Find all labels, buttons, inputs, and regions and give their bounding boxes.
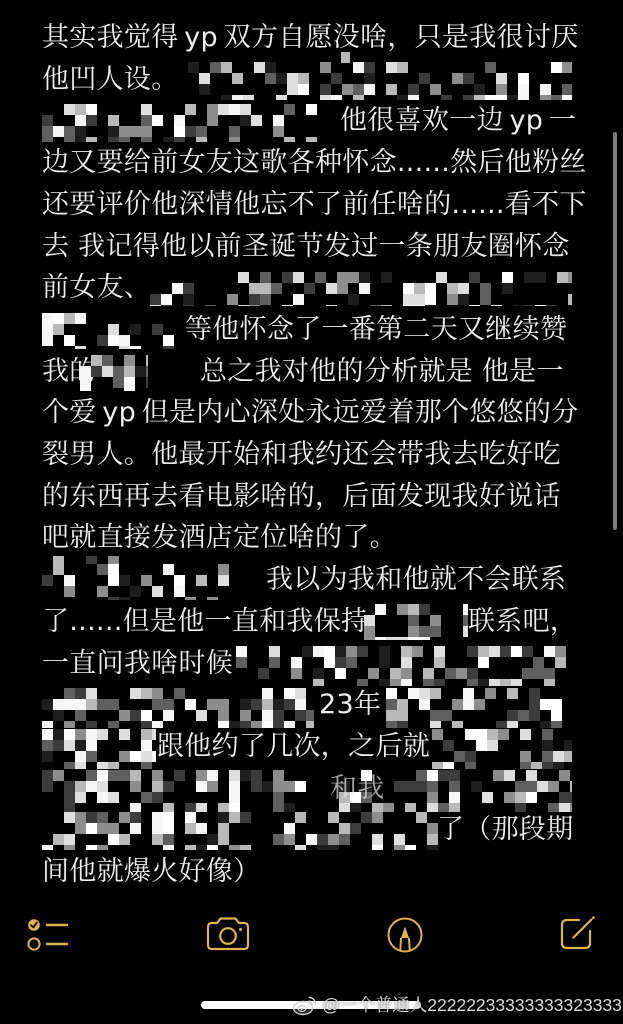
mosaic-cell — [287, 73, 298, 84]
mosaic-cell — [522, 646, 533, 657]
mosaic-cell — [447, 294, 458, 305]
mosaic-cell — [207, 845, 218, 850]
redaction-mosaic — [42, 556, 222, 564]
mosaic-cell — [42, 721, 53, 728]
mosaic-cell — [568, 272, 572, 283]
mosaic-cell — [375, 637, 386, 640]
mosaic-cell — [500, 646, 511, 657]
mosaic-cell — [408, 626, 419, 637]
mosaic-cell — [42, 740, 53, 751]
mosaic-cell — [152, 324, 163, 335]
mosaic-cell — [430, 688, 441, 699]
compose-button[interactable] — [558, 912, 598, 952]
mosaic-cell — [260, 283, 271, 294]
mosaic-cell — [91, 366, 102, 377]
mosaic-cell — [524, 305, 535, 306]
mosaic-cell — [119, 729, 130, 740]
mosaic-cell — [489, 679, 500, 686]
mosaic-cell — [337, 283, 348, 294]
mosaic-cell — [557, 272, 568, 283]
note-text: 个爱 yp 但是内心深处永远爱着那个悠悠的分 — [42, 392, 579, 434]
mosaic-cell — [339, 823, 350, 834]
mosaic-cell — [218, 721, 229, 728]
mosaic-cell — [42, 313, 53, 324]
mosaic-cell — [97, 781, 108, 792]
mosaic-cell — [416, 781, 427, 792]
mosaic-cell — [152, 586, 163, 597]
mosaic-cell — [515, 792, 526, 803]
mosaic-cell — [284, 688, 295, 699]
mosaic-cell — [119, 770, 130, 781]
mosaic-cell — [559, 792, 570, 803]
mosaic-cell — [463, 615, 468, 626]
mosaic-cell — [372, 845, 383, 850]
mosaic-cell — [425, 283, 436, 294]
mosaic-cell — [467, 679, 478, 686]
redaction-mosaic — [386, 688, 572, 728]
mosaic-cell — [401, 668, 412, 679]
note-text: 还要评价他深情他忘不了前任啥的......看不下 — [42, 184, 587, 226]
mosaic-cell — [229, 137, 240, 142]
mosaic-cell — [364, 637, 375, 640]
mosaic-cell — [379, 646, 390, 657]
mosaic-cell — [240, 710, 251, 721]
mosaic-cell — [42, 729, 53, 740]
mosaic-cell — [403, 294, 414, 305]
mosaic-cell — [75, 762, 86, 769]
mosaic-cell — [80, 366, 91, 377]
mosaic-cell — [359, 272, 370, 283]
mosaic-cell — [284, 104, 295, 115]
mosaic-cell — [86, 556, 97, 564]
mosaic-cell — [185, 803, 196, 812]
mosaic-cell — [551, 721, 562, 728]
note-text: 23年 — [319, 684, 381, 726]
mosaic-cell — [306, 721, 314, 728]
mosaic-cell — [218, 699, 229, 710]
mosaic-cell — [152, 751, 156, 762]
mosaic-cell — [368, 668, 379, 679]
mosaic-cell — [42, 781, 53, 792]
mosaic-cell — [53, 699, 64, 710]
mosaic-cell — [370, 305, 381, 306]
mosaic-cell — [80, 388, 91, 391]
mosaic-cell — [80, 377, 91, 388]
mosaic-cell — [306, 834, 317, 845]
mosaic-cell — [474, 95, 485, 100]
mosaic-cell — [218, 575, 229, 586]
mosaic-cell — [53, 126, 64, 137]
mosaic-cell — [260, 294, 271, 305]
mosaic-cell — [458, 294, 469, 305]
mosaic-cell — [141, 126, 152, 137]
mosaic-cell — [350, 823, 361, 834]
mosaic-cell — [130, 781, 141, 792]
mosaic-cell — [291, 668, 302, 679]
mosaic-cell — [196, 845, 207, 850]
mosaic-cell — [163, 812, 174, 823]
mosaic-cell — [42, 751, 53, 762]
mosaic-cell — [485, 688, 496, 699]
mosaic-cell — [518, 84, 529, 95]
note-line: 的东西再去看电影啥的，后面发现我好说话 — [0, 476, 623, 518]
mosaic-cell — [161, 305, 172, 306]
mosaic-cell — [97, 729, 108, 740]
mosaic-cell — [218, 803, 229, 812]
mosaic-cell — [218, 710, 229, 721]
mosaic-cell — [474, 699, 485, 710]
mosaic-cell — [331, 73, 342, 84]
mosaic-cell — [555, 657, 566, 668]
mosaic-cell — [276, 95, 287, 100]
mosaic-cell — [64, 104, 75, 115]
mosaic-cell — [436, 272, 447, 283]
mosaic-cell — [553, 751, 564, 762]
mosaic-cell — [251, 781, 262, 792]
mosaic-cell — [229, 792, 240, 803]
mosaic-cell — [207, 597, 218, 600]
mosaic-cell — [196, 770, 207, 781]
mosaic-cell — [463, 688, 474, 699]
mosaic-cell — [458, 283, 469, 294]
mosaic-cell — [86, 751, 97, 762]
mosaic-cell — [542, 740, 553, 751]
mosaic-cell — [432, 729, 443, 740]
mosaic-cell — [86, 729, 97, 740]
mosaic-cell — [302, 646, 313, 657]
mosaic-cell — [152, 729, 156, 740]
note-line: 了......但是他一直和我保持 联系吧， — [0, 601, 623, 643]
mosaic-cell — [522, 668, 533, 679]
mosaic-cell — [91, 355, 102, 366]
mosaic-cell — [141, 729, 152, 740]
mosaic-cell — [108, 115, 119, 126]
mosaic-cell — [141, 740, 152, 751]
mosaic-cell — [75, 699, 86, 710]
mosaic-cell — [502, 272, 513, 283]
mosaic-cell — [119, 834, 130, 845]
mosaic-cell — [97, 586, 108, 597]
mosaic-cell — [533, 668, 544, 679]
mosaic-cell — [397, 710, 408, 721]
mosaic-cell — [405, 845, 416, 850]
mosaic-cell — [163, 781, 174, 792]
mosaic-cell — [496, 721, 507, 728]
redaction-mosaic — [432, 729, 572, 769]
mosaic-cell — [185, 823, 196, 834]
mosaic-cell — [251, 699, 262, 710]
mosaic-cell — [207, 699, 218, 710]
mosaic-cell — [218, 564, 229, 575]
mosaic-cell — [75, 792, 86, 803]
mosaic-cell — [174, 575, 185, 586]
mosaic-cell — [520, 729, 531, 740]
mosaic-cell — [520, 751, 531, 762]
mosaic-cell — [221, 62, 232, 73]
mosaic-cell — [207, 770, 218, 781]
mosaic-cell — [427, 823, 438, 834]
mosaic-cell — [269, 657, 280, 668]
mosaic-cell — [251, 115, 262, 126]
mosaic-cell — [108, 762, 119, 769]
mosaic-cell — [141, 751, 152, 762]
mosaic-cell — [64, 803, 75, 812]
camera-button[interactable] — [204, 913, 252, 953]
mosaic-cell — [397, 637, 408, 640]
mosaic-cell — [518, 73, 529, 84]
mosaic-cell — [452, 699, 463, 710]
mosaic-cell — [86, 137, 97, 142]
mosaic-cell — [108, 597, 119, 600]
mosaic-cell — [339, 834, 350, 845]
mosaic-cell — [284, 137, 295, 142]
mosaic-cell — [108, 699, 119, 710]
mosaic-cell — [130, 803, 141, 812]
mosaic-cell — [119, 126, 130, 137]
mosaic-cell — [427, 770, 438, 781]
mosaic-cell — [163, 710, 174, 721]
mosaic-cell — [478, 657, 489, 668]
mosaic-cell — [405, 803, 416, 812]
mosaic-cell — [346, 657, 357, 668]
mosaic-cell — [273, 126, 284, 137]
mosaic-cell — [124, 377, 135, 388]
mosaic-cell — [551, 699, 562, 710]
mosaic-cell — [251, 770, 262, 781]
mosaic-cell — [64, 126, 75, 137]
mosaic-cell — [408, 615, 419, 626]
mosaic-cell — [548, 803, 559, 812]
note-text: 总之我对他的分析就是 他是一 — [200, 351, 564, 393]
mosaic-cell — [390, 668, 401, 679]
mosaic-cell — [544, 679, 555, 686]
mosaic-cell — [108, 792, 119, 803]
mosaic-cell — [364, 626, 375, 637]
mosaic-cell — [293, 272, 304, 283]
mosaic-cell — [544, 646, 555, 657]
mosaic-cell — [240, 770, 251, 781]
mosaic-cell — [342, 84, 353, 95]
mosaic-cell — [196, 781, 207, 792]
mosaic-cell — [401, 679, 412, 686]
mosaic-cell — [357, 679, 368, 686]
note-text: 一直问我啥时候 — [42, 643, 233, 685]
mosaic-cell — [513, 305, 524, 306]
mosaic-cell — [372, 812, 383, 823]
mosaic-cell — [515, 781, 526, 792]
mosaic-cell — [196, 710, 207, 721]
mosaic-cell — [229, 781, 240, 792]
mosaic-cell — [174, 137, 185, 142]
mosaic-cell — [86, 781, 97, 792]
mosaic-cell — [172, 283, 183, 294]
mosaic-cell — [544, 668, 555, 679]
mosaic-cell — [130, 346, 141, 349]
mosaic-cell — [478, 679, 489, 686]
mosaic-cell — [75, 823, 86, 834]
mosaic-cell — [326, 283, 337, 294]
mosaic-cell — [240, 721, 251, 728]
mosaic-cell — [298, 73, 309, 84]
mosaic-cell — [236, 646, 247, 657]
checklist-icon — [26, 914, 72, 956]
mosaic-cell — [86, 740, 97, 751]
mosaic-cell — [295, 699, 306, 710]
mosaic-cell — [394, 781, 405, 792]
mosaic-cell — [119, 597, 130, 600]
mosaic-cell — [427, 803, 438, 812]
mosaic-cell — [452, 721, 463, 728]
mosaic-cell — [502, 283, 513, 294]
mosaic-cell — [353, 95, 364, 100]
note-text: 了......但是他一直和我保持 — [42, 601, 368, 643]
mosaic-cell — [434, 646, 445, 657]
mosaic-cell — [284, 823, 295, 834]
mosaic-cell — [562, 84, 572, 95]
mosaic-cell — [53, 834, 64, 845]
mosaic-cell — [353, 84, 364, 95]
mosaic-cell — [207, 781, 218, 792]
mosaic-cell — [42, 845, 53, 850]
mosaic-cell — [284, 781, 295, 792]
mosaic-cell — [408, 637, 419, 640]
mosaic-cell — [507, 710, 518, 721]
mosaic-cell — [119, 137, 130, 142]
mosaic-cell — [97, 335, 108, 346]
mosaic-cell — [130, 770, 141, 781]
mosaic-cell — [438, 770, 449, 781]
mosaic-cell — [419, 699, 430, 710]
mosaic-cell — [141, 575, 152, 586]
mosaic-cell — [346, 646, 357, 657]
mosaic-cell — [97, 823, 108, 834]
mosaic-cell — [75, 115, 86, 126]
mosaic-cell — [75, 710, 86, 721]
mosaic-cell — [540, 95, 551, 100]
mosaic-cell — [416, 812, 427, 823]
mosaic-cell — [403, 283, 414, 294]
redaction-mosaic — [188, 62, 572, 100]
mosaic-cell — [324, 646, 335, 657]
mosaic-cell — [443, 740, 454, 751]
mosaic-cell — [97, 699, 108, 710]
mosaic-cell — [42, 137, 53, 142]
mosaic-cell — [236, 657, 247, 668]
mosaic-cell — [465, 751, 476, 762]
mosaic-cell — [64, 721, 75, 728]
mosaic-cell — [64, 313, 75, 324]
mosaic-cell — [403, 305, 414, 306]
note-text: 去 我记得他以前圣诞节发过一条朋友圈怀念 — [42, 226, 570, 268]
mosaic-cell — [485, 95, 496, 100]
note-text: 他很喜欢一边 yp 一 — [340, 100, 576, 142]
mosaic-cell — [414, 294, 425, 305]
mosaic-cell — [119, 346, 130, 349]
mosaic-cell — [75, 781, 86, 792]
mosaic-cell — [313, 679, 324, 686]
mosaic-cell — [64, 762, 75, 769]
mosaic-cell — [273, 115, 284, 126]
mosaic-cell — [64, 575, 75, 586]
mosaic-cell — [265, 73, 276, 84]
mosaic-cell — [218, 812, 229, 823]
mosaic-cell — [427, 792, 438, 803]
note-line: 裂男人。他最开始和我约还会带我去吃好吃 — [0, 434, 623, 476]
mosaic-cell — [386, 637, 397, 640]
mosaic-cell — [97, 812, 108, 823]
mosaic-cell — [150, 294, 161, 305]
mosaic-cell — [465, 729, 476, 740]
mosaic-cell — [141, 104, 152, 115]
redaction-mosaic — [364, 604, 468, 640]
mosaic-cell — [227, 294, 238, 305]
mosaic-cell — [185, 812, 196, 823]
mosaic-cell — [445, 668, 456, 679]
mosaic-cell — [229, 845, 240, 850]
mosaic-cell — [210, 62, 221, 73]
mosaic-cell — [526, 770, 537, 781]
mosaic-cell — [199, 84, 210, 95]
mosaic-cell — [520, 762, 531, 769]
redaction-mosaic — [42, 812, 442, 850]
mosaic-cell — [64, 335, 75, 346]
mosaic-cell — [152, 721, 163, 728]
mosaic-cell — [293, 294, 304, 305]
mosaic-cell — [240, 115, 251, 126]
mosaic-cell — [108, 823, 119, 834]
note-line: 去 我记得他以前圣诞节发过一条朋友圈怀念 — [0, 226, 623, 268]
mosaic-cell — [568, 294, 572, 305]
mosaic-cell — [540, 699, 551, 710]
mosaic-cell — [232, 73, 243, 84]
mosaic-cell — [295, 710, 306, 721]
checklist-button[interactable] — [26, 914, 72, 956]
mosaic-cell — [64, 688, 75, 699]
markup-button[interactable] — [386, 916, 424, 954]
mosaic-cell — [496, 95, 507, 100]
mosaic-cell — [559, 770, 570, 781]
mosaic-cell — [53, 324, 64, 335]
mosaic-cell — [124, 355, 135, 366]
mosaic-cell — [487, 740, 498, 751]
redaction-mosaic — [42, 729, 156, 769]
mosaic-cell — [526, 792, 537, 803]
mosaic-cell — [141, 762, 152, 769]
mosaic-cell — [542, 762, 553, 769]
mosaic-cell — [152, 812, 163, 823]
mosaic-cell — [419, 637, 430, 640]
mosaic-cell — [361, 812, 372, 823]
mosaic-cell — [419, 626, 430, 637]
scroll-indicator[interactable] — [613, 132, 617, 530]
mosaic-cell — [64, 586, 75, 597]
mosaic-cell — [401, 657, 412, 668]
mosaic-cell — [119, 751, 130, 762]
mosaic-cell — [482, 792, 493, 803]
mosaic-cell — [474, 84, 485, 95]
mosaic-cell — [331, 95, 342, 100]
mosaic-cell — [86, 115, 97, 126]
mosaic-cell — [518, 710, 529, 721]
mosaic-cell — [397, 699, 408, 710]
mosaic-cell — [108, 335, 119, 346]
mosaic-cell — [196, 823, 207, 834]
mosaic-cell — [570, 803, 572, 812]
mosaic-cell — [408, 95, 419, 100]
mosaic-cell — [375, 604, 386, 615]
mosaic-cell — [124, 366, 135, 377]
mosaic-cell — [130, 823, 141, 834]
